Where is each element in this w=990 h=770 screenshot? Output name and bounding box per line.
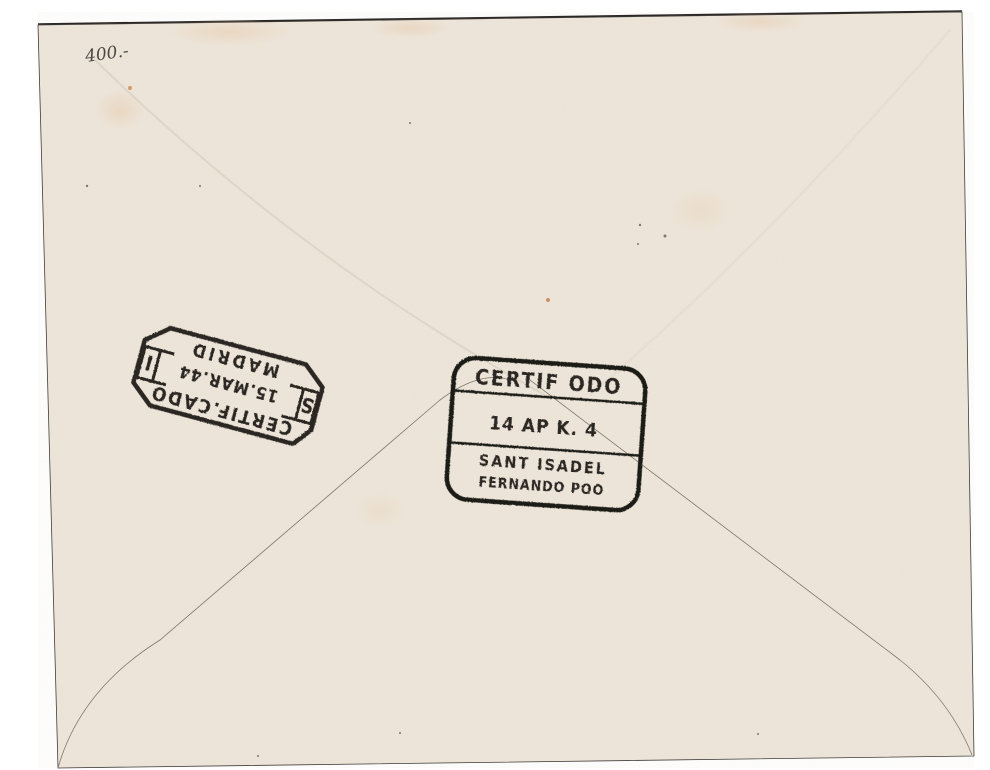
envelope-scene: 400.- S I CERTIF.CADO 15.MAR.44 MADRID C… (0, 0, 990, 770)
